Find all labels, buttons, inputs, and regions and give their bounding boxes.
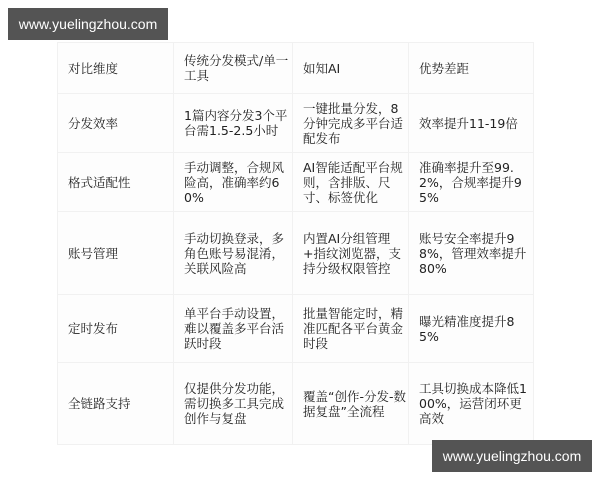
table-row: 分发效率 1篇内容分发3个平台需1.5-2.5小时 一键批量分发，8分钟完成多平… — [58, 94, 534, 153]
cell-dimension: 账号管理 — [58, 212, 174, 295]
page: www.yuelingzhou.com 对比维度 传统分发模式/单一工具 如知A… — [0, 0, 600, 480]
cell-advantage: 曝光精准度提升85% — [409, 295, 534, 363]
cell-traditional: 1篇内容分发3个平台需1.5-2.5小时 — [174, 94, 293, 153]
header-cell-traditional: 传统分发模式/单一工具 — [174, 43, 293, 94]
cell-advantage: 账号安全率提升98%，管理效率提升80% — [409, 212, 534, 295]
cell-ruzhi-ai: 批量智能定时，精准匹配各平台黄金时段 — [293, 295, 409, 363]
cell-dimension: 全链路支持 — [58, 363, 174, 445]
cell-advantage: 准确率提升至99.2%，合规率提升95% — [409, 153, 534, 212]
cell-ruzhi-ai: AI智能适配平台规则，含排版、尺寸、标签优化 — [293, 153, 409, 212]
cell-traditional: 手动切换登录，多角色账号易混淆，关联风险高 — [174, 212, 293, 295]
cell-advantage: 效率提升11-19倍 — [409, 94, 534, 153]
table-row: 全链路支持 仅提供分发功能，需切换多工具完成创作与复盘 覆盖“创作-分发-数据复… — [58, 363, 534, 445]
comparison-table: 对比维度 传统分发模式/单一工具 如知AI 优势差距 分发效率 1篇内容分发3个… — [57, 42, 534, 445]
watermark-bottom: www.yuelingzhou.com — [432, 440, 592, 472]
cell-traditional: 仅提供分发功能，需切换多工具完成创作与复盘 — [174, 363, 293, 445]
header-cell-dimension: 对比维度 — [58, 43, 174, 94]
cell-advantage: 工具切换成本降低100%，运营闭环更高效 — [409, 363, 534, 445]
table-header-row: 对比维度 传统分发模式/单一工具 如知AI 优势差距 — [58, 43, 534, 94]
cell-ruzhi-ai: 覆盖“创作-分发-数据复盘”全流程 — [293, 363, 409, 445]
table-row: 格式适配性 手动调整，合规风险高，准确率约60% AI智能适配平台规则，含排版、… — [58, 153, 534, 212]
cell-dimension: 分发效率 — [58, 94, 174, 153]
cell-dimension: 格式适配性 — [58, 153, 174, 212]
table-row: 账号管理 手动切换登录，多角色账号易混淆，关联风险高 内置AI分组管理+指纹浏览… — [58, 212, 534, 295]
cell-traditional: 手动调整，合规风险高，准确率约60% — [174, 153, 293, 212]
cell-ruzhi-ai: 内置AI分组管理+指纹浏览器，支持分级权限管控 — [293, 212, 409, 295]
header-cell-advantage: 优势差距 — [409, 43, 534, 94]
header-cell-ruzhi-ai: 如知AI — [293, 43, 409, 94]
watermark-top: www.yuelingzhou.com — [8, 8, 168, 40]
table-row: 定时发布 单平台手动设置，难以覆盖多平台活跃时段 批量智能定时，精准匹配各平台黄… — [58, 295, 534, 363]
cell-dimension: 定时发布 — [58, 295, 174, 363]
cell-traditional: 单平台手动设置，难以覆盖多平台活跃时段 — [174, 295, 293, 363]
cell-ruzhi-ai: 一键批量分发，8分钟完成多平台适配发布 — [293, 94, 409, 153]
